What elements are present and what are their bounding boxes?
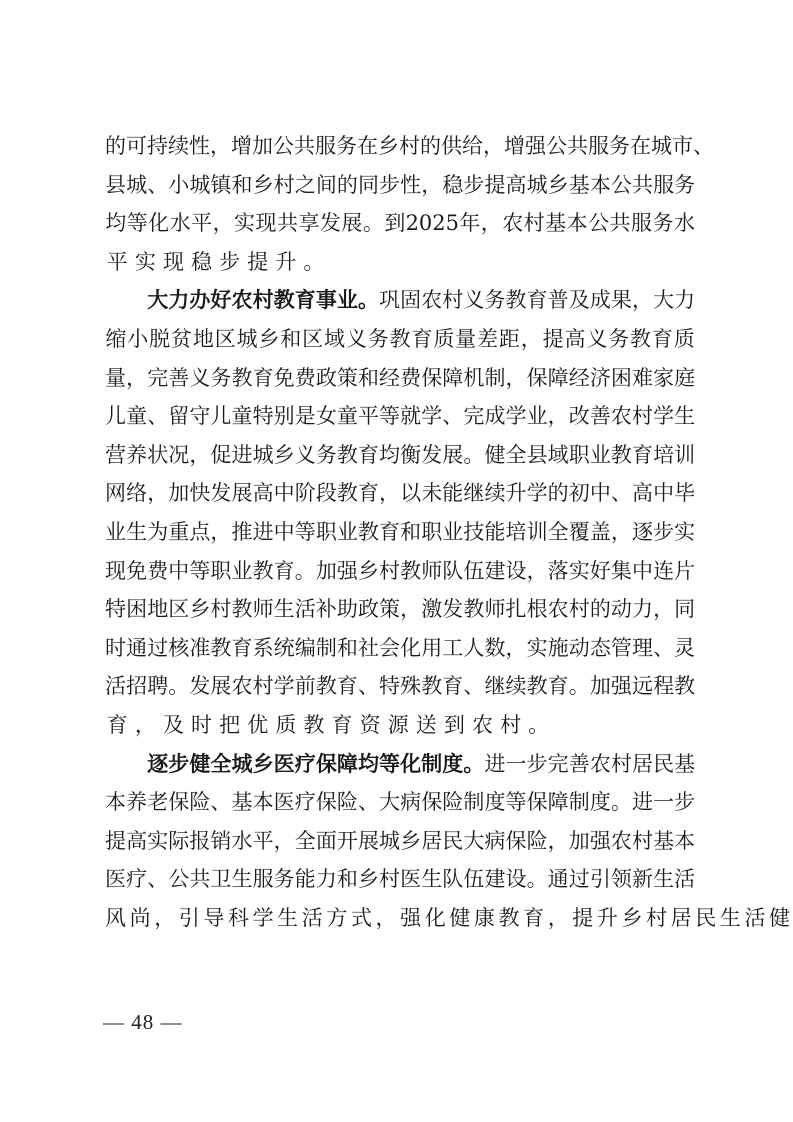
text-char: 现 xyxy=(105,552,126,591)
text-line: 风尚，引导科学生活方式，强化健康教育，提升乡村居民生活健 xyxy=(105,899,695,938)
text-char: 务 xyxy=(367,320,389,359)
text-char: 建 xyxy=(484,860,505,899)
text-char: 基 xyxy=(231,783,252,822)
text-char: 本 xyxy=(105,783,126,822)
text-char: 农 xyxy=(470,706,495,745)
text-char: 统 xyxy=(274,629,295,668)
text-char: 工 xyxy=(442,629,463,668)
text-line: 活招聘。发展农村学前教育、特殊教育、继续教育。加强远程教 xyxy=(105,667,695,706)
text-char: 稳 xyxy=(189,243,214,282)
text-char: 一 xyxy=(653,783,674,822)
heading-char: 。 xyxy=(358,281,379,320)
text-char: 全 xyxy=(548,513,569,552)
text-char: 务 xyxy=(316,436,337,475)
text-char: 间 xyxy=(316,166,337,205)
text-line: 逐步健全城乡医疗保障均等化制度。进一步完善农村居民基 xyxy=(105,745,695,784)
text-char: 服 xyxy=(253,860,274,899)
heading-char: 度 xyxy=(442,745,463,784)
text-char: 一 xyxy=(505,745,526,784)
text-char: 2025 xyxy=(406,204,459,243)
text-char: 镇 xyxy=(210,166,231,205)
text-char: 完 xyxy=(147,359,168,398)
text-char: 培 xyxy=(505,513,526,552)
text-char: 均 xyxy=(105,204,126,243)
text-char: 乡 xyxy=(189,590,210,629)
text-char: 教 xyxy=(210,629,231,668)
heading-char: 乡 xyxy=(253,745,274,784)
text-char: 教 xyxy=(505,281,526,320)
text-char: 提 xyxy=(245,243,270,282)
text-char: 时 xyxy=(105,629,126,668)
text-char: 式 xyxy=(351,899,372,938)
text-char: 资 xyxy=(358,706,383,745)
text-char: 共 xyxy=(294,127,315,166)
text-char: 学 xyxy=(253,899,274,938)
text-char: ， xyxy=(505,629,526,668)
text-char: 民 xyxy=(653,745,674,784)
text-char: 善 xyxy=(168,359,189,398)
text-char: 村 xyxy=(523,204,544,243)
heading-char: 均 xyxy=(358,745,379,784)
text-char: 实 xyxy=(674,513,695,552)
text-char: 教 xyxy=(302,706,327,745)
text-line: 均等化水平，实现共享发展。到2025年，农村基本公共服务水 xyxy=(105,204,695,243)
text-char: 能 xyxy=(484,513,505,552)
text-char: 生 xyxy=(653,860,674,899)
text-char: 连 xyxy=(653,552,674,591)
text-char: 就 xyxy=(400,397,421,436)
text-char: 之 xyxy=(295,166,316,205)
text-char: 力 xyxy=(632,590,653,629)
text-char: 量 xyxy=(455,320,477,359)
text-char: 改 xyxy=(569,397,590,436)
text-char: 教 xyxy=(253,552,274,591)
heading-char: 化 xyxy=(400,745,421,784)
heading-char: 步 xyxy=(168,745,189,784)
text-char: 政 xyxy=(358,590,379,629)
text-char: 展 xyxy=(442,436,463,475)
text-char: 险 xyxy=(189,783,210,822)
text-char: 为 xyxy=(147,513,168,552)
text-char: 和 xyxy=(280,320,302,359)
text-char: 全 xyxy=(295,822,316,861)
text-char: 发 xyxy=(320,204,341,243)
text-line: 现免费中等职业教育。加强乡村教师队伍建设，落实好集中连片 xyxy=(105,552,695,591)
text-line: 量，完善义务教育免费政策和经费保障机制，保障经济困难家庭 xyxy=(105,359,695,398)
text-char: 保 xyxy=(421,783,442,822)
text-char: 村 xyxy=(646,899,667,938)
text-char: 伍 xyxy=(463,860,484,899)
text-char: 免 xyxy=(274,359,295,398)
text-char: 毕 xyxy=(674,474,695,513)
text-char: 中 xyxy=(274,513,295,552)
text-char: 开 xyxy=(337,822,358,861)
text-char: 现 xyxy=(255,204,276,243)
text-char: 现 xyxy=(161,243,186,282)
text-char: 教 xyxy=(337,474,358,513)
text-char: 服 xyxy=(631,204,652,243)
text-char: 好 xyxy=(590,552,611,591)
text-char: 根 xyxy=(527,590,548,629)
text-char: 活 xyxy=(674,860,695,899)
heading-char: 教 xyxy=(274,281,295,320)
text-char: 医 xyxy=(400,860,421,899)
text-char: 尚 xyxy=(130,899,151,938)
text-char: 提 xyxy=(542,320,564,359)
text-char: 障 xyxy=(442,359,463,398)
text-char: 化 xyxy=(400,629,421,668)
text-char: 强 xyxy=(525,127,546,166)
text-char: 乡 xyxy=(253,166,274,205)
text-char: 展 xyxy=(210,667,231,706)
text-char: 扎 xyxy=(505,590,526,629)
document-page: 的可持续性，增加公共服务在乡村的供给，增强公共服务在城市、县城、小城镇和乡村之间… xyxy=(0,0,793,1122)
text-char: 覆 xyxy=(569,513,590,552)
text-char: 及 xyxy=(569,281,590,320)
text-char: 招 xyxy=(126,667,147,706)
text-char: 初 xyxy=(569,474,590,513)
text-char: 、 xyxy=(147,860,168,899)
text-char: ， xyxy=(548,899,569,938)
text-char: 学 xyxy=(274,667,295,706)
text-char: 教 xyxy=(358,513,379,552)
text-char: 务 xyxy=(336,127,357,166)
text-char: 发 xyxy=(421,436,442,475)
text-char: 教 xyxy=(674,667,695,706)
text-char: 政 xyxy=(316,359,337,398)
text-char: 脱 xyxy=(149,320,171,359)
text-char: 医 xyxy=(274,783,295,822)
text-char: 务 xyxy=(674,166,695,205)
text-char: 教 xyxy=(463,590,484,629)
heading-char: 业 xyxy=(337,281,358,320)
text-char: ， xyxy=(210,127,231,166)
text-char: 中 xyxy=(590,474,611,513)
text-char: 状 xyxy=(147,436,168,475)
text-line: 县城、小城镇和乡村之间的同步性，稳步提高城乡基本公共服务 xyxy=(105,166,695,205)
text-char: 养 xyxy=(126,783,147,822)
text-char: 和 xyxy=(400,513,421,552)
text-char: 师 xyxy=(421,552,442,591)
text-char: 困 xyxy=(126,590,147,629)
text-char: 民 xyxy=(442,822,463,861)
heading-char: 。 xyxy=(463,745,484,784)
text-char: 童 xyxy=(231,397,252,436)
text-char: 乡 xyxy=(548,166,569,205)
text-char: 到 xyxy=(384,204,405,243)
text-char: ， xyxy=(520,320,542,359)
text-char: 制 xyxy=(569,783,590,822)
text-char: 村 xyxy=(611,745,632,784)
page-number: — 48 — xyxy=(103,1010,183,1035)
text-char: 质 xyxy=(673,320,695,359)
text-char: 制 xyxy=(463,783,484,822)
text-char: 实 xyxy=(527,629,548,668)
text-char: 年 xyxy=(459,204,480,243)
text-char: 策 xyxy=(379,590,400,629)
text-char: 发 xyxy=(442,590,463,629)
heading-char: 办 xyxy=(189,281,210,320)
text-char: 障 xyxy=(548,783,569,822)
text-char: 和 xyxy=(231,166,252,205)
text-char: 费 xyxy=(295,359,316,398)
text-char: 步 xyxy=(674,783,695,822)
text-char: 建 xyxy=(484,552,505,591)
text-char: 时 xyxy=(189,706,214,745)
text-char: 区 xyxy=(214,320,236,359)
text-char: 育 xyxy=(523,899,544,938)
text-char: 固 xyxy=(400,281,421,320)
text-char: 障 xyxy=(548,359,569,398)
text-char: 保 xyxy=(168,783,189,822)
text-char: 村 xyxy=(442,281,463,320)
text-char: 育 xyxy=(330,706,355,745)
text-char: 学 xyxy=(421,397,442,436)
text-char: 学 xyxy=(505,397,526,436)
text-line: 缩小脱贫地区城乡和区域义务教育质量差距，提高义务教育质 xyxy=(105,320,695,359)
text-char: 义 xyxy=(586,320,608,359)
text-char: 城 xyxy=(253,436,274,475)
text-char: 导 xyxy=(203,899,224,938)
text-char: 村 xyxy=(569,590,590,629)
text-char: 科 xyxy=(228,899,249,938)
text-char: 快 xyxy=(189,474,210,513)
text-char: 城 xyxy=(126,166,147,205)
text-char: 和 xyxy=(358,359,379,398)
text-char: 险 xyxy=(337,783,358,822)
text-char: 络 xyxy=(126,474,147,513)
text-char: 教 xyxy=(337,436,358,475)
heading-char: 事 xyxy=(316,281,337,320)
text-char: 居 xyxy=(671,899,692,938)
text-char xyxy=(126,745,147,784)
text-char: 公 xyxy=(546,127,567,166)
text-char: 特 xyxy=(105,590,126,629)
text-char: 实 xyxy=(147,822,168,861)
text-char: 差 xyxy=(477,320,499,359)
text-char: 过 xyxy=(147,629,168,668)
text-char: 育 xyxy=(253,359,274,398)
text-char: 农 xyxy=(421,281,442,320)
text-char: 乡 xyxy=(274,436,295,475)
text-char: 卫 xyxy=(210,860,231,899)
text-char: 费 xyxy=(147,552,168,591)
text-char: 职 xyxy=(316,513,337,552)
text-char: 展 xyxy=(341,204,362,243)
text-char: 农 xyxy=(502,204,523,243)
text-char: 育 xyxy=(274,552,295,591)
text-char: 人 xyxy=(463,629,484,668)
text-char: 育 xyxy=(651,320,673,359)
text-char: 施 xyxy=(548,629,569,668)
text-char: 况 xyxy=(168,436,189,475)
text-char: 保 xyxy=(527,783,548,822)
text-char: 本 xyxy=(674,822,695,861)
text-char: 务 xyxy=(609,127,630,166)
text-char: 系 xyxy=(253,629,274,668)
text-char: 续 xyxy=(168,127,189,166)
text-char: 发 xyxy=(210,474,231,513)
text-char: 平 xyxy=(105,243,130,282)
text-char: 。 xyxy=(168,667,189,706)
text-char: 儿 xyxy=(105,397,126,436)
text-char: 善 xyxy=(569,745,590,784)
text-char: 。 xyxy=(363,204,384,243)
text-char: 农 xyxy=(590,745,611,784)
text-char: 步 xyxy=(217,243,242,282)
text-char: 地 xyxy=(192,320,214,359)
text-char: 进 xyxy=(632,783,653,822)
text-char: 给 xyxy=(462,127,483,166)
text-char: 集 xyxy=(611,552,632,591)
text-char: 务 xyxy=(210,359,231,398)
text-char: 果 xyxy=(611,281,632,320)
text-char: ， xyxy=(210,513,231,552)
text-char: 高 xyxy=(564,320,586,359)
text-char: 免 xyxy=(126,552,147,591)
text-char: 共 xyxy=(567,127,588,166)
text-char: 业 xyxy=(527,397,548,436)
text-char: 增 xyxy=(231,127,252,166)
text-line: 平实现稳步提升。 xyxy=(105,243,695,282)
text-char: 升 xyxy=(597,899,618,938)
text-char: 济 xyxy=(590,359,611,398)
text-char: 疗 xyxy=(295,783,316,822)
text-char: 进 xyxy=(231,436,252,475)
text-char: ， xyxy=(653,590,674,629)
text-char: 准 xyxy=(189,629,210,668)
text-char: 健 xyxy=(449,899,470,938)
text-char: 制 xyxy=(484,359,505,398)
text-char: 农 xyxy=(231,667,252,706)
text-char: 育 xyxy=(105,706,130,745)
heading-char: 等 xyxy=(379,745,400,784)
text-char: 强 xyxy=(590,822,611,861)
text-char: 同 xyxy=(358,166,379,205)
text-char: 量 xyxy=(105,359,126,398)
text-char: 聘 xyxy=(147,667,168,706)
text-char: 县 xyxy=(105,166,126,205)
text-char: 完 xyxy=(463,397,484,436)
text-line: 提高实际报销水平，全面开展城乡居民大病保险，加强农村基本 xyxy=(105,822,695,861)
text-char: 方 xyxy=(326,899,347,938)
text-char: 育 xyxy=(379,513,400,552)
text-char: 实 xyxy=(133,243,158,282)
text-char: 和 xyxy=(337,860,358,899)
text-char: 过 xyxy=(569,860,590,899)
text-char: 育 xyxy=(527,281,548,320)
text-char: 网 xyxy=(105,474,126,513)
text-char: 务 xyxy=(274,860,295,899)
text-char: 基 xyxy=(674,745,695,784)
text-char: 乡 xyxy=(358,552,379,591)
text-char: 疗 xyxy=(126,860,147,899)
text-char: 盖 xyxy=(590,513,611,552)
text-char: 共 xyxy=(632,166,653,205)
text-char: 灵 xyxy=(674,629,695,668)
text-char: ， xyxy=(421,166,442,205)
text-char: 质 xyxy=(274,706,299,745)
heading-char: 育 xyxy=(295,281,316,320)
text-char: 以 xyxy=(400,474,421,513)
text-char: 区 xyxy=(168,590,189,629)
text-char: 大 xyxy=(653,281,674,320)
text-char: ， xyxy=(274,822,295,861)
text-char: ， xyxy=(527,552,548,591)
text-char: ， xyxy=(548,397,569,436)
text-char: 训 xyxy=(527,513,548,552)
text-char: 高 xyxy=(505,166,526,205)
text-char: 水 xyxy=(169,204,190,243)
text-char: 险 xyxy=(442,783,463,822)
text-char: 领 xyxy=(611,860,632,899)
text-char: 民 xyxy=(695,899,716,938)
text-char: 守 xyxy=(189,397,210,436)
text-char: 村 xyxy=(210,590,231,629)
text-char: 。 xyxy=(611,783,632,822)
text-char: 社 xyxy=(358,629,379,668)
text-char: 基 xyxy=(653,822,674,861)
text-char: 中 xyxy=(632,552,653,591)
heading-char: 健 xyxy=(189,745,210,784)
text-char: 的 xyxy=(590,590,611,629)
text-char: 落 xyxy=(548,552,569,591)
text-char: 升 xyxy=(274,243,299,282)
text-char: 教 xyxy=(389,320,411,359)
text-char: 乡 xyxy=(400,822,421,861)
text-char: 村 xyxy=(632,397,653,436)
text-char: 、 xyxy=(611,474,632,513)
text-char: 业 xyxy=(337,513,358,552)
text-char: 普 xyxy=(548,281,569,320)
text-char: 化 xyxy=(148,204,169,243)
text-char: 基 xyxy=(545,204,566,243)
text-char: 加 xyxy=(590,667,611,706)
text-char: ， xyxy=(632,281,653,320)
text-char: 加 xyxy=(569,822,590,861)
text-char: 引 xyxy=(179,899,200,938)
text-char: ， xyxy=(611,513,632,552)
text-char: 水 xyxy=(674,204,695,243)
text-char: 会 xyxy=(379,629,400,668)
text-char: ， xyxy=(376,899,397,938)
text-char: 城 xyxy=(236,320,258,359)
text-char: 成 xyxy=(484,397,505,436)
text-char: 全 xyxy=(505,436,526,475)
text-char: 城 xyxy=(651,127,672,166)
text-char: 性 xyxy=(400,166,421,205)
text-char: 经 xyxy=(569,359,590,398)
text-char: 育 xyxy=(231,629,252,668)
text-char: 教 xyxy=(421,667,442,706)
text-char: 质 xyxy=(433,320,455,359)
text-char: 、 xyxy=(442,397,463,436)
text-line: 营养状况，促进城乡义务教育均衡发展。健全县域职业教育培训 xyxy=(105,436,695,475)
text-char: 展 xyxy=(231,474,252,513)
text-char: 特 xyxy=(379,667,400,706)
text-char: 、 xyxy=(210,783,231,822)
text-char: 保 xyxy=(527,359,548,398)
text-char: 力 xyxy=(674,281,695,320)
text-char: 生 xyxy=(421,860,442,899)
text-char: 平 xyxy=(358,397,379,436)
text-line: 儿童、留守儿童特别是女童平等就学、完成学业，改善农村学生 xyxy=(105,397,695,436)
text-char: 补 xyxy=(316,590,337,629)
text-char: 逐 xyxy=(632,513,653,552)
text-char: 到 xyxy=(442,706,467,745)
text-char: 教 xyxy=(499,899,520,938)
text-char: 步 xyxy=(379,166,400,205)
